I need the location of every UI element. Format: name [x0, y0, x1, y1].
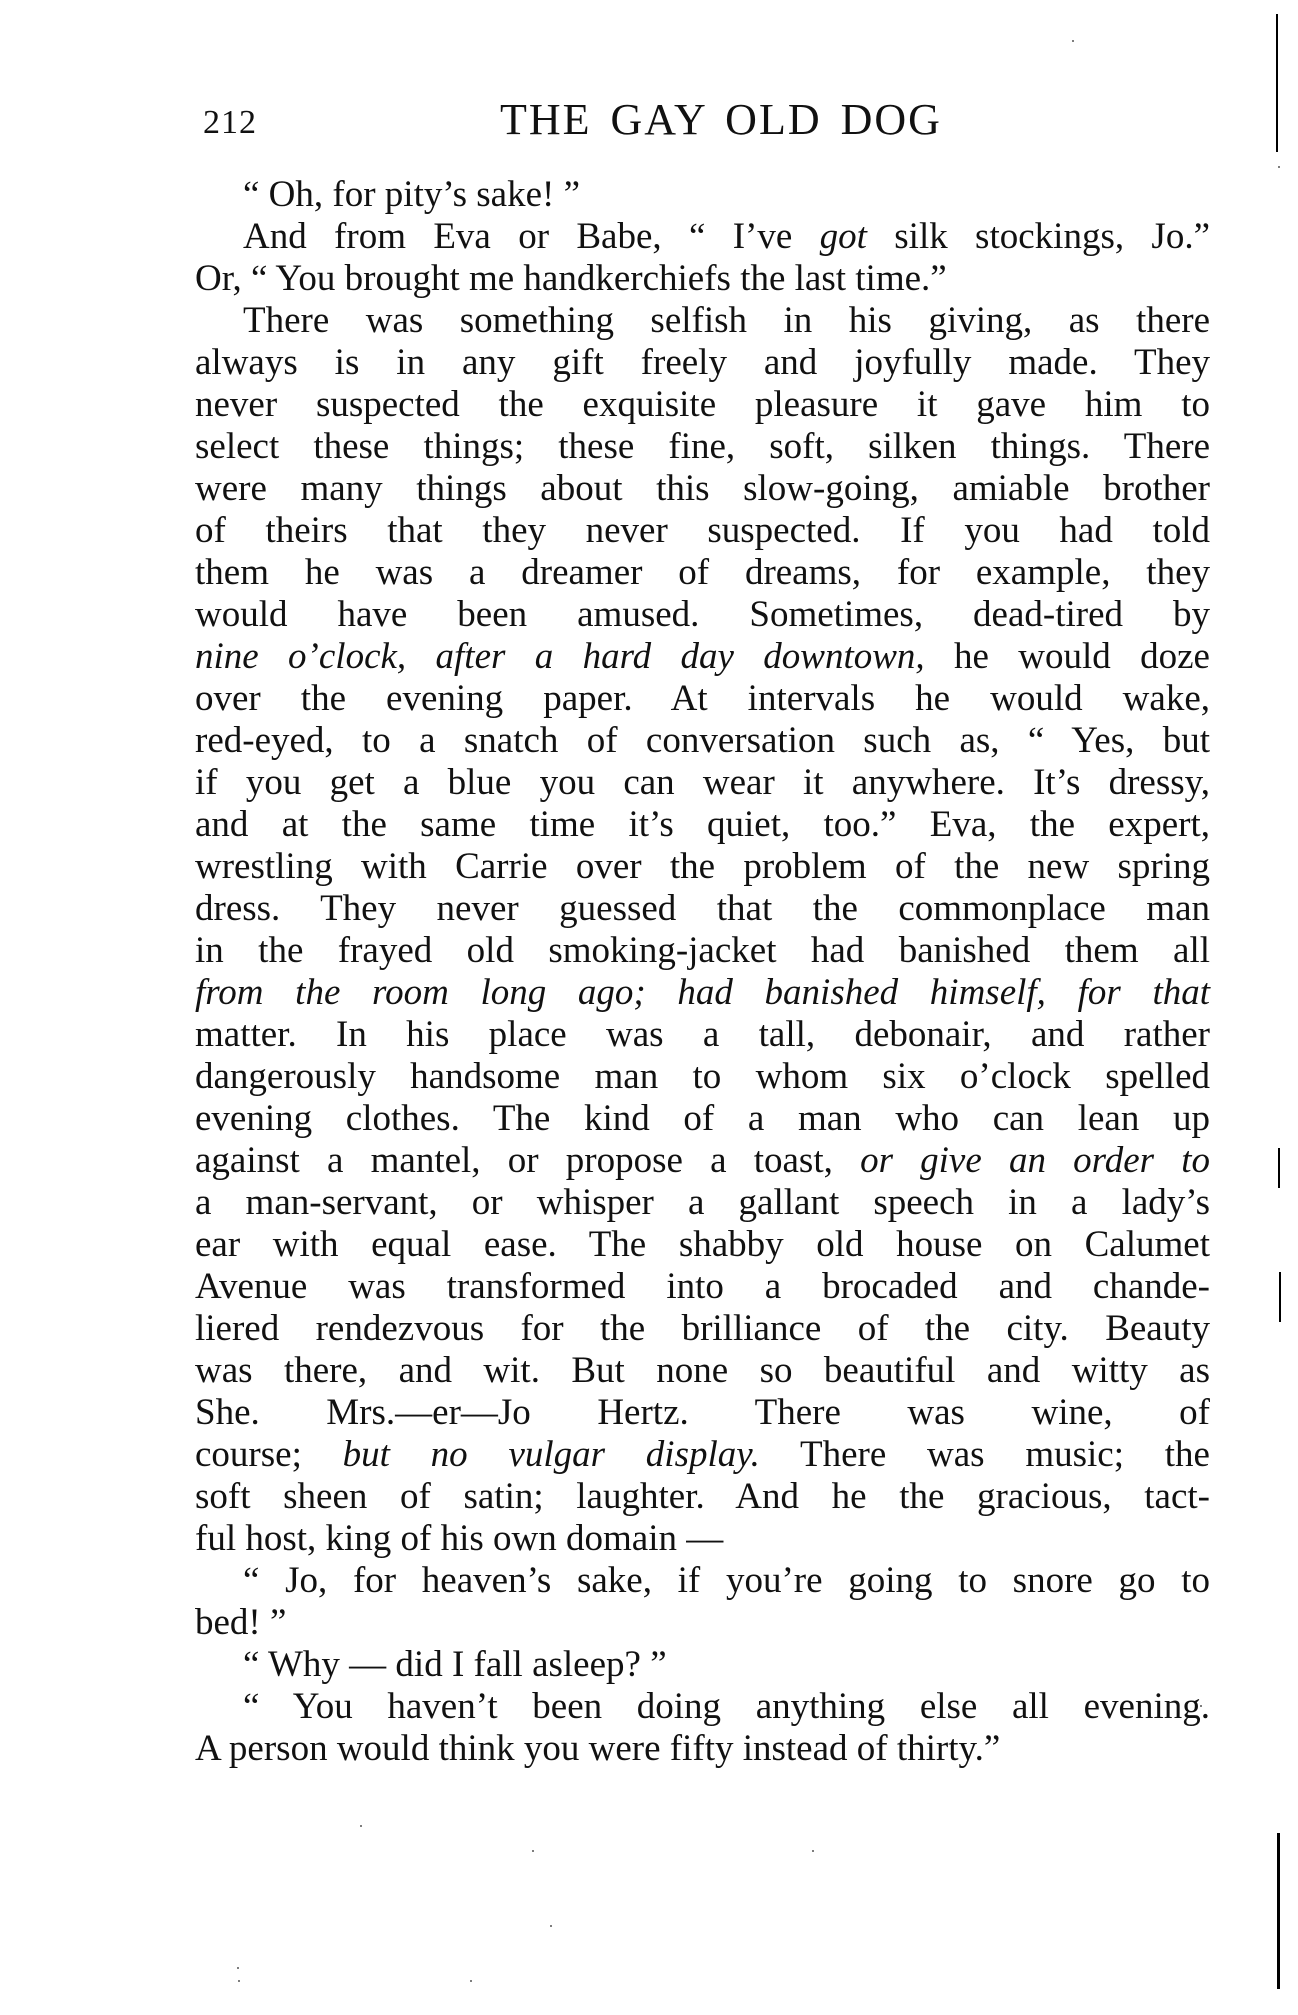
text-line: red-eyed, to a snatch of conversation su…	[195, 720, 1210, 762]
text-line: always is in any gift freely and joyfull…	[195, 342, 1210, 384]
scan-speck	[360, 1825, 362, 1827]
text-line: in the frayed old smoking-jacket had ban…	[195, 930, 1210, 972]
scan-speck	[1072, 40, 1074, 42]
text-line: soft sheen of satin; laughter. And he th…	[195, 1476, 1210, 1518]
text-line: was there, and wit. But none so beautifu…	[195, 1350, 1210, 1392]
text-line: and at the same time it’s quiet, too.” E…	[195, 804, 1210, 846]
text-line: And from Eva or Babe, “ I’ve got silk st…	[195, 216, 1210, 258]
text-line: “ You haven’t been doing anything else a…	[195, 1686, 1210, 1728]
text-line: ful host, king of his own domain —	[195, 1518, 1210, 1560]
text-line: matter. In his place was a tall, debonai…	[195, 1014, 1210, 1056]
scan-speck	[238, 1980, 240, 1982]
text-line: a man-servant, or whisper a gallant spee…	[195, 1182, 1210, 1224]
text-line: of theirs that they never suspected. If …	[195, 510, 1210, 552]
text-line: ear with equal ease. The shabby old hous…	[195, 1224, 1210, 1266]
text-line: A person would think you were fifty inst…	[195, 1728, 1210, 1770]
text-line: Avenue was transformed into a brocaded a…	[195, 1266, 1210, 1308]
text-line: nine o’clock, after a hard day downtown,…	[195, 636, 1210, 678]
scan-edge-mark-top	[1276, 14, 1278, 152]
text-line: over the evening paper. At intervals he …	[195, 678, 1210, 720]
running-head: THE GAY OLD DOG	[500, 94, 942, 145]
text-line: from the room long ago; had banished him…	[195, 972, 1210, 1014]
text-line: never suspected the exquisite pleasure i…	[195, 384, 1210, 426]
text-line: them he was a dreamer of dreams, for exa…	[195, 552, 1210, 594]
scan-edge-mark-middle-1	[1278, 1148, 1280, 1188]
text-line: liered rendezvous for the brilliance of …	[195, 1308, 1210, 1350]
text-line: evening clothes. The kind of a man who c…	[195, 1098, 1210, 1140]
text-line: bed! ”	[195, 1602, 1210, 1644]
text-line: There was something selfish in his givin…	[195, 300, 1210, 342]
text-line: were many things about this slow-going, …	[195, 468, 1210, 510]
text-line: “ Why — did I fall asleep? ”	[195, 1644, 1210, 1686]
text-line: Or, “ You brought me handkerchiefs the l…	[195, 258, 1210, 300]
text-line: course; but no vulgar display. There was…	[195, 1434, 1210, 1476]
scan-edge-mark-bottom	[1277, 1833, 1280, 1989]
scan-speck	[1278, 166, 1280, 168]
text-line: wrestling with Carrie over the problem o…	[195, 846, 1210, 888]
text-line: select these things; these fine, soft, s…	[195, 426, 1210, 468]
text-line: “ Oh, for pity’s sake! ”	[195, 174, 1210, 216]
scan-speck	[470, 1980, 472, 1982]
text-line: “ Jo, for heaven’s sake, if you’re going…	[195, 1560, 1210, 1602]
page-number: 212	[203, 104, 257, 142]
text-line: She. Mrs.—er—Jo Hertz. There was wine, o…	[195, 1392, 1210, 1434]
scan-speck	[1200, 1705, 1202, 1707]
scan-edge-mark-middle-2	[1279, 1272, 1281, 1322]
scan-speck	[532, 1850, 534, 1852]
text-line: if you get a blue you can wear it anywhe…	[195, 762, 1210, 804]
body-text: “ Oh, for pity’s sake! ” And from Eva or…	[195, 174, 1210, 1770]
text-line: would have been amused. Sometimes, dead-…	[195, 594, 1210, 636]
scan-speck	[237, 1967, 239, 1969]
scan-speck	[550, 1925, 552, 1927]
text-line: against a mantel, or propose a toast, or…	[195, 1140, 1210, 1182]
text-line: dress. They never guessed that the commo…	[195, 888, 1210, 930]
scan-speck	[812, 1850, 814, 1852]
text-line: dangerously handsome man to whom six o’c…	[195, 1056, 1210, 1098]
